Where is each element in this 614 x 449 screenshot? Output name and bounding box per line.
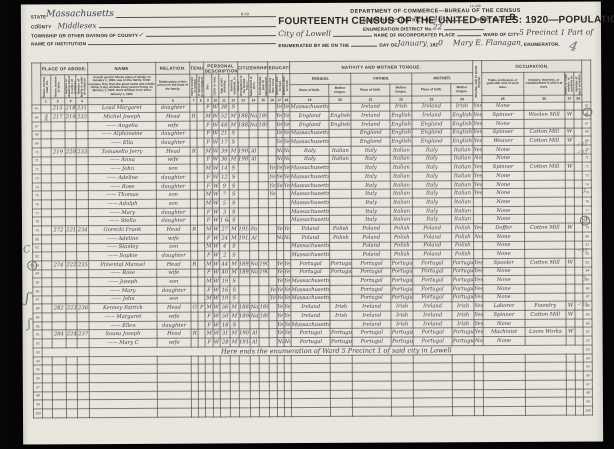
table-cell: 232 [76, 113, 87, 122]
line-number: 96 [584, 371, 593, 380]
header-right-block: DEPARTMENT OF COMMERCE—BUREAU OF THE CEN… [278, 8, 593, 51]
table-cell [198, 329, 205, 338]
table-cell [238, 277, 249, 286]
table-cell: Massachusetts [291, 320, 330, 329]
table-cell [575, 310, 583, 319]
header-cell: Place of birth. [412, 84, 451, 96]
table-cell: Italy [412, 163, 451, 172]
table-cell: Italy [351, 198, 390, 207]
table-cell: son [157, 243, 191, 252]
table-cell: —— Stanley [88, 243, 156, 252]
table-cell [66, 356, 77, 365]
table-cell: Portugal [352, 276, 391, 285]
header-cell: House number or farm. [50, 75, 65, 98]
enumeration-district-label: ENUMERATION DISTRICT No. [363, 26, 433, 31]
table-cell [157, 356, 191, 365]
table-cell [78, 409, 89, 418]
table-cell: daughter [156, 104, 190, 113]
table-cell: Portuguese [330, 329, 352, 338]
table-cell: Kenney Patrick [89, 304, 157, 313]
table-cell [43, 409, 52, 418]
table-cell: No [276, 155, 283, 164]
table-cell: 1885 [237, 121, 248, 130]
sheet-header: 8-49 14-496 STATE Massachusetts COUNTY M… [21, 1, 601, 60]
table-cell: Portuguese [330, 268, 352, 277]
township-value: ✓ [138, 31, 143, 38]
table-cell [65, 139, 76, 148]
table-cell [191, 277, 198, 286]
table-cell: S [230, 242, 238, 251]
table-cell: 1912 [238, 234, 249, 243]
table-cell [42, 295, 51, 304]
table-cell [42, 191, 51, 200]
table-cell: Italy [290, 155, 329, 164]
enumeration-district-value: 22 [433, 23, 443, 31]
table-cell: W [212, 234, 219, 243]
table-cell [43, 383, 52, 392]
table-cell: W [212, 242, 219, 251]
district-block: SUPERVISOR'S DISTRICT No. 40 SHEET No. 4… [363, 12, 591, 33]
table-cell: M [205, 295, 212, 304]
table-cell [269, 138, 276, 147]
table-cell: M [205, 199, 212, 208]
table-cell [77, 252, 88, 261]
table-cell: daughter [156, 217, 190, 226]
table-cell: F [205, 208, 212, 217]
table-cell: S [229, 164, 237, 173]
table-cell [42, 243, 51, 252]
table-cell [250, 320, 259, 329]
table-cell: Massachusetts [291, 207, 330, 216]
table-cell: Polish [330, 224, 352, 233]
month-value: January [397, 39, 426, 47]
table-cell: W [212, 130, 219, 139]
line-number: 88 [583, 301, 592, 310]
table-cell: England [351, 129, 390, 138]
table-cell [198, 269, 205, 278]
table-cell: 1907 [239, 329, 250, 338]
header-tenure: TENURE. [190, 62, 205, 74]
table-cell [269, 242, 276, 251]
table-cell [76, 130, 87, 139]
table-cell: Italy [351, 181, 390, 190]
table-cell [220, 399, 230, 408]
table-cell: 217 [51, 113, 65, 122]
table-cell [66, 243, 77, 252]
table-cell [198, 295, 205, 304]
line-number: 86 [583, 284, 592, 293]
table-cell: 1888 [238, 303, 249, 312]
table-cell: Italian [391, 181, 413, 190]
sheet-letter: B [509, 12, 516, 22]
table-cell: 9 [219, 182, 229, 191]
table-cell [276, 199, 283, 208]
table-cell: W [213, 295, 220, 304]
table-cell: daughter [157, 286, 191, 295]
table-cell [270, 364, 277, 373]
table-cell [575, 327, 583, 336]
table-cell [575, 215, 583, 224]
table-cell [66, 295, 77, 304]
table-cell [77, 165, 88, 174]
table-cell: Portuguese [391, 337, 413, 346]
table-cell: M [230, 268, 238, 277]
table-cell: Yes [474, 285, 483, 294]
table-cell: Pa [249, 225, 258, 234]
line-number: 94 [584, 354, 593, 363]
table-cell [42, 339, 51, 348]
table-cell: F [205, 269, 212, 278]
table-cell: S [230, 321, 238, 330]
table-cell: Irish [330, 303, 352, 312]
table-cell [51, 217, 65, 226]
table-cell [65, 208, 76, 217]
table-cell [284, 364, 291, 373]
table-cell: Yes [284, 277, 291, 286]
table-cell: 14 [219, 164, 229, 173]
table-cell [484, 389, 525, 398]
table-cell: W [213, 338, 220, 347]
table-cell [284, 242, 291, 251]
table-cell: W [213, 312, 220, 321]
table-cell: Cotton Mill [525, 310, 566, 319]
table-cell [259, 364, 269, 373]
table-cell [191, 286, 198, 295]
table-cell: W [566, 301, 575, 310]
table-cell: M [205, 277, 212, 286]
table-cell [42, 287, 51, 296]
table-cell: W [212, 164, 219, 173]
table-cell: 234 [77, 226, 88, 235]
table-cell: W [212, 225, 219, 234]
table-cell: Yes [473, 102, 482, 111]
table-cell: F [206, 338, 213, 347]
table-cell [474, 372, 483, 381]
table-cell: Yes [473, 111, 482, 120]
table-cell [331, 355, 353, 364]
table-cell [258, 164, 268, 173]
table-cell [574, 145, 582, 154]
table-cell [484, 406, 525, 415]
table-cell [42, 322, 51, 331]
table-cell: 31 [220, 329, 230, 338]
table-cell: Massachusetts [291, 277, 330, 286]
table-cell [277, 381, 284, 390]
table-cell [283, 207, 290, 216]
table-cell: Polish [391, 250, 413, 259]
table-cell [191, 269, 198, 278]
table-cell [231, 390, 239, 399]
table-cell [259, 355, 269, 364]
table-cell: Irish [452, 319, 474, 328]
table-cell [51, 269, 65, 278]
table-cell: Italy [351, 155, 390, 164]
table-cell: —— Alphonsine [88, 130, 156, 139]
header-place-of-abode: PLACE OF ABODE. [41, 63, 88, 75]
table-cell [198, 321, 205, 330]
table-cell [413, 407, 452, 416]
table-cell [77, 200, 88, 209]
table-cell: Yes [276, 268, 283, 277]
table-cell [258, 173, 268, 182]
table-cell: Yes [269, 190, 276, 199]
table-cell: Portugal [413, 293, 452, 302]
table-cell: Ireland [291, 311, 330, 320]
table-cell [42, 235, 51, 244]
place-label: NAME OF INCORPORATED PLACE [374, 32, 455, 37]
table-cell: No [473, 154, 482, 163]
line-number: 99 [584, 397, 593, 406]
table-cell: Ireland [351, 103, 390, 112]
table-cell: Italy [351, 189, 390, 198]
table-cell [413, 355, 452, 364]
table-cell [197, 112, 204, 121]
table-cell: Weaver [482, 137, 523, 146]
header-citizenship: CITIZENSHIP. [237, 62, 268, 74]
table-cell: 36 [219, 156, 229, 165]
line-number: 100 [584, 406, 593, 415]
table-cell [392, 381, 414, 390]
table-cell [191, 356, 198, 365]
line-number: 95 [33, 365, 42, 374]
table-cell [250, 408, 259, 417]
table-cell: Yes [473, 189, 482, 198]
table-cell: No [283, 233, 290, 242]
table-cell: Yes [284, 303, 291, 312]
table-cell [525, 389, 566, 398]
table-cell: Loom Works [525, 328, 566, 337]
table-cell [157, 399, 191, 408]
table-cell: M [229, 147, 237, 156]
table-cell: Na [249, 121, 258, 130]
table-cell [198, 356, 205, 365]
year-digit: 0 [438, 39, 443, 47]
table-cell [213, 364, 220, 373]
line-number: 73 [583, 171, 592, 180]
table-cell [566, 406, 575, 415]
table-cell: Sousa Joseph [89, 330, 157, 339]
header-cell: Home owned or rented. [190, 74, 197, 97]
table-cell [239, 364, 250, 373]
table-cell [52, 321, 66, 330]
table-cell [43, 400, 52, 409]
table-cell [565, 102, 574, 111]
census-table-body: 65215218231Loud MargaretdaughterFW38SYes… [32, 102, 593, 418]
table-cell [269, 199, 276, 208]
table-cell: 219 [65, 113, 76, 122]
table-cell: —— Margaret [89, 312, 157, 321]
table-cell: —— Adeline [88, 173, 156, 182]
line-number: 93 [33, 348, 42, 357]
table-cell [51, 209, 65, 218]
table-cell [453, 389, 475, 398]
line-number: 72 [32, 165, 41, 174]
header-cell: Relationship of this person to the head … [156, 74, 190, 97]
enumerator-value: Mary E. Flanagan [453, 39, 521, 47]
table-cell [191, 399, 198, 408]
table-cell [199, 391, 206, 400]
table-cell: M [230, 225, 238, 234]
table-cell [197, 156, 204, 165]
table-cell [574, 110, 582, 119]
table-cell [206, 399, 213, 408]
table-cell: 215 [50, 104, 64, 113]
table-cell: Cotton Mill [524, 128, 565, 137]
table-cell [292, 399, 331, 408]
table-cell [191, 321, 198, 330]
table-cell: Yes [276, 129, 283, 138]
line-number: 92 [33, 339, 42, 348]
table-cell: Portugal [291, 337, 330, 346]
table-cell: Portuguese [452, 267, 474, 276]
table-cell [259, 329, 269, 338]
table-cell: M [205, 243, 212, 252]
table-cell: Polish [452, 241, 474, 250]
line-number: 65 [32, 104, 41, 113]
table-cell: W [213, 329, 220, 338]
table-cell [392, 389, 414, 398]
table-cell: Poland [352, 250, 391, 259]
table-cell: Yes [276, 112, 283, 121]
table-cell [575, 319, 583, 328]
table-cell [565, 145, 574, 154]
census-table-head: PLACE OF ABODE.NAMERELATION.TENURE.PERSO… [32, 60, 591, 104]
table-cell: 17 [219, 138, 229, 147]
table-cell [523, 102, 564, 111]
table-cell [270, 373, 277, 382]
table-cell: F [204, 130, 211, 139]
table-cell [269, 312, 276, 321]
table-cell [52, 339, 66, 348]
table-cell: M [229, 112, 237, 121]
table-cell: Italy [352, 207, 391, 216]
table-cell [565, 206, 574, 215]
table-cell [239, 321, 250, 330]
header-speak-english: Whether able to speak English. [473, 61, 483, 103]
table-cell: Yes [277, 329, 284, 338]
table-cell [206, 373, 213, 382]
table-cell: Portugal [413, 276, 452, 285]
table-cell: Yes [277, 294, 284, 303]
line-number: 74 [32, 183, 41, 192]
table-cell: Portugal [352, 285, 391, 294]
table-cell: Italy [412, 198, 451, 207]
table-cell: Portugal [352, 259, 391, 268]
table-cell [269, 233, 276, 242]
table-cell [574, 136, 582, 145]
table-cell: F [205, 182, 212, 191]
table-cell: F [205, 216, 212, 225]
table-cell [277, 355, 284, 364]
table-cell [78, 400, 89, 409]
line-number: 81 [583, 241, 592, 250]
line-number: 75 [32, 191, 41, 200]
table-cell: Portuguese [331, 337, 353, 346]
table-cell: English [390, 129, 412, 138]
table-cell [51, 165, 65, 174]
table-cell [77, 217, 88, 226]
table-cell [42, 357, 51, 366]
header-cell: Employer, salary or wage worker, or work… [565, 72, 574, 95]
table-cell: No [283, 155, 290, 164]
table-cell: Portuguese [452, 293, 474, 302]
table-cell [89, 373, 157, 382]
table-cell: daughter [157, 251, 191, 260]
table-cell: F [205, 173, 212, 182]
table-cell [220, 408, 230, 417]
table-cell: Yes [474, 302, 483, 311]
table-cell: S [229, 103, 237, 112]
table-cell: English [451, 137, 473, 146]
table-cell [197, 147, 204, 156]
table-cell: Yes [474, 258, 483, 267]
table-cell: Italian [390, 155, 412, 164]
table-cell: 52 [219, 112, 229, 121]
table-cell: Yes [283, 173, 290, 182]
table-cell [524, 119, 565, 128]
table-cell: Head [157, 303, 191, 312]
table-cell: None [483, 241, 524, 250]
table-cell [565, 154, 574, 163]
table-cell: Irish [451, 102, 473, 111]
table-cell [249, 103, 258, 112]
table-cell [292, 407, 331, 416]
table-cell: 235 [77, 261, 88, 270]
table-cell [231, 382, 239, 391]
table-cell: Portuguese [452, 276, 474, 285]
header-left-block: STATE Massachusetts COUNTY Middlesex TOW… [31, 9, 278, 51]
table-cell [65, 191, 76, 200]
table-cell: No [277, 338, 284, 347]
line-number: 65 [582, 102, 591, 111]
line-number: 73 [32, 174, 41, 183]
table-cell [198, 182, 205, 191]
header-cell: Mother tongue. [329, 84, 351, 96]
header-cell: If owned, free or mortgaged. [197, 74, 204, 97]
table-cell [291, 373, 330, 382]
table-cell: W [566, 327, 575, 336]
table-cell: Massachusetts [290, 129, 329, 138]
table-cell: Italian [391, 172, 413, 181]
table-cell [191, 365, 198, 374]
table-cell: W [212, 269, 219, 278]
table-cell [258, 103, 268, 112]
table-cell [249, 181, 258, 190]
table-cell [392, 355, 414, 364]
table-cell [250, 399, 259, 408]
table-cell [575, 223, 583, 232]
table-cell: 282 [52, 304, 66, 313]
table-cell [190, 138, 197, 147]
table-cell [575, 354, 583, 363]
table-cell: 224 [66, 330, 77, 339]
table-cell [525, 354, 566, 363]
table-cell [525, 319, 566, 328]
table-cell: England [412, 128, 451, 137]
table-cell: None [483, 197, 524, 206]
table-cell [483, 354, 524, 363]
table-cell: Yes [269, 173, 276, 182]
table-cell [565, 215, 574, 224]
table-cell: 1896 [259, 312, 269, 321]
table-cell: Ireland [413, 302, 452, 311]
table-cell: F [205, 286, 212, 295]
table-cell [258, 190, 268, 199]
table-cell [524, 232, 565, 241]
table-cell: W [565, 136, 574, 145]
table-cell: S [230, 216, 238, 225]
table-cell [78, 356, 89, 365]
